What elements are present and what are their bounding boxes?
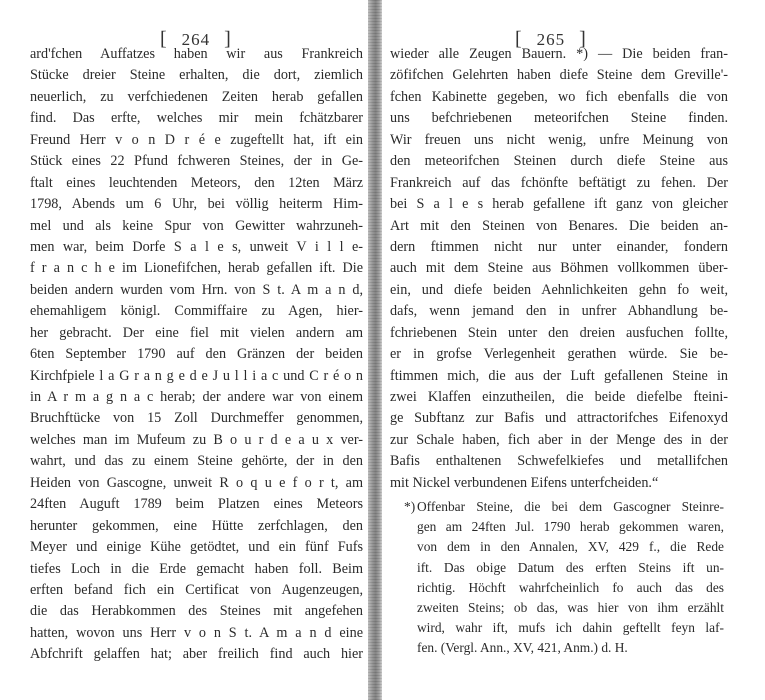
text-line: Stücke dreier Steine erhalten, die dort,… bbox=[30, 65, 363, 86]
text-line: men war, beim Dorfe S a l e s, unweit V … bbox=[30, 237, 363, 258]
text-line: Art mit den Steinen von Benares. Die bei… bbox=[390, 216, 728, 237]
text-line: Bafis enthaltenen Schwefelkiefes und met… bbox=[390, 451, 728, 472]
text-line: ftimmen mich, die aus der Luft gefallene… bbox=[390, 366, 728, 387]
text-line: Heiden von Gascogne, unweit R o q u e f … bbox=[30, 473, 363, 494]
text-line: Kirchfpiele l a G r a n g e d e J u l l … bbox=[30, 366, 363, 387]
text-line: 6ten September 1790 auf den Gränzen der … bbox=[30, 344, 363, 365]
text-line: auch mit dem Steine aus Böhmen vollkomme… bbox=[390, 258, 728, 279]
text-line: bei S a l e s herab gefallene ift ganz v… bbox=[390, 194, 728, 215]
left-page-body: ard'fchen Auffatzes haben wir aus Frankr… bbox=[30, 44, 363, 666]
text-line: tiefes Loch in die Erde gemacht haben fo… bbox=[30, 559, 363, 580]
text-line: ftalt eines leuchtenden Meteors, den 12t… bbox=[30, 173, 363, 194]
text-line: wahrt, und das zu einem Steine gehörte, … bbox=[30, 451, 363, 472]
text-line: dafs, wenn jemand den in unfrer Abhandlu… bbox=[390, 301, 728, 322]
footnote-line: richtig. Höchft wahrfcheinlich fo auch d… bbox=[404, 578, 724, 598]
text-line: er in grofse Verlegenheit gerathen würde… bbox=[390, 344, 728, 365]
text-line: mel und als keine Spur von Gewitter wahr… bbox=[30, 216, 363, 237]
text-line: neuerlich, zu verfchiedenen Zeiten herab… bbox=[30, 87, 363, 108]
text-line: den meteorifchen Steinen durch diefe Ste… bbox=[390, 151, 728, 172]
text-line: find. Das erfte, welches mir mein fchätz… bbox=[30, 108, 363, 129]
footnote-line: gen am 24ften Jul. 1790 herab gekommen w… bbox=[404, 517, 724, 537]
book-spread: [264] ard'fchen Auffatzes haben wir aus … bbox=[0, 0, 765, 700]
footnote-line: fen. (Vergl. Ann., XV, 421, Anm.) d. H. bbox=[404, 638, 724, 658]
footnote-line: Offenbar Steine, die bei dem Gascogner S… bbox=[404, 497, 724, 517]
right-page: [265] wieder alle Zeugen Bauern. *) — Di… bbox=[382, 0, 765, 700]
text-line: ehemahligem königl. Commiffaire zu Agen,… bbox=[30, 301, 363, 322]
text-line: zwei Klaffen einzutheilen, die beide die… bbox=[390, 387, 728, 408]
right-page-body: wieder alle Zeugen Bauern. *) — Die beid… bbox=[390, 44, 728, 494]
footnote-marker: *) bbox=[404, 497, 415, 517]
left-page: [264] ard'fchen Auffatzes haben wir aus … bbox=[0, 0, 368, 700]
text-line: beiden andern wurden vom Hrn. von S t. A… bbox=[30, 280, 363, 301]
text-line: Abfchrift gelaffen hat; aber freilich fi… bbox=[30, 644, 363, 665]
text-line: Bruchftücke von 15 Zoll Durchmeffer geno… bbox=[30, 408, 363, 429]
text-line: zöfifchen Gelehrten haben diefe Steine d… bbox=[390, 65, 728, 86]
footnote-line: zweiten Steins; ob das, was hier von ihm… bbox=[404, 598, 724, 618]
text-line: ard'fchen Auffatzes haben wir aus Frankr… bbox=[30, 44, 363, 65]
text-line: f r a n c h e im Lionefifchen, herab gef… bbox=[30, 258, 363, 279]
footnote: *) Offenbar Steine, die bei dem Gascogne… bbox=[404, 497, 724, 659]
text-line: Meyer und einige Kühe getödtet, und ein … bbox=[30, 537, 363, 558]
text-line: welches man im Mufeum zu B o u r d e a u… bbox=[30, 430, 363, 451]
text-line: mit Nickel verbundenen Eifens unterfchei… bbox=[390, 473, 728, 494]
text-line: dern ftimmen nicht nur unter einander, f… bbox=[390, 237, 728, 258]
text-line: 1798, Abends um 6 Uhr, bei völlig heiter… bbox=[30, 194, 363, 215]
text-line: Wir freuen uns nicht wenig, unfre Meinun… bbox=[390, 130, 728, 151]
text-line: herunter gekommen, eine Hütte zerfchlage… bbox=[30, 516, 363, 537]
text-line: her gebracht. Der eine fiel mit vielen a… bbox=[30, 323, 363, 344]
text-line: erften befand fich ein Certificat von Au… bbox=[30, 580, 363, 601]
text-line: wieder alle Zeugen Bauern. *) — Die beid… bbox=[390, 44, 728, 65]
footnote-line: ift. Das obige Datum des erften Steins i… bbox=[404, 558, 724, 578]
text-line: 24ften Auguft 1789 beim Platzen eines Me… bbox=[30, 494, 363, 515]
text-line: Stück eines 22 Pfund fchweren Steines, d… bbox=[30, 151, 363, 172]
text-line: uns befchriebenen meteorifchen Steine fi… bbox=[390, 108, 728, 129]
text-line: fchen Kabinette gegeben, wo fich ebenfal… bbox=[390, 87, 728, 108]
text-line: fchriebenen Stein unter den dreien ausfu… bbox=[390, 323, 728, 344]
text-line: zur Schale haben, fich aber in der Menge… bbox=[390, 430, 728, 451]
text-line: die das Herabkommen des Steines mit ange… bbox=[30, 601, 363, 622]
book-spine bbox=[368, 0, 382, 700]
footnote-line: wird, wahr ift, mufs ich dahin geftellt … bbox=[404, 618, 724, 638]
text-line: ein, und diefe beiden Aehnlichkeiten geh… bbox=[390, 280, 728, 301]
text-line: ge Subftanz zur Bafis und attractorifche… bbox=[390, 408, 728, 429]
footnote-line: von dem in den Annalen, XV, 429 f., die … bbox=[404, 537, 724, 557]
text-line: hatten, wovon uns Herr v o n S t. A m a … bbox=[30, 623, 363, 644]
text-line: Frankreich auf das fchönfte beftätigt zu… bbox=[390, 173, 728, 194]
text-line: in A r m a g n a c herab; der andere war… bbox=[30, 387, 363, 408]
text-line: Freund Herr v o n D r é e zugeftellt hat… bbox=[30, 130, 363, 151]
